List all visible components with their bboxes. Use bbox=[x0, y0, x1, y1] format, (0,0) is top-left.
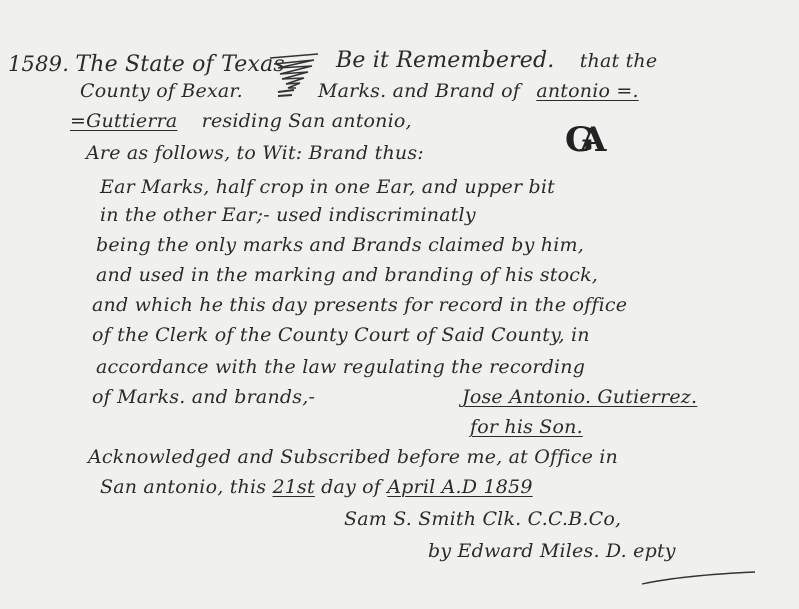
record-number: 1589. bbox=[8, 52, 69, 76]
ack-day-of: day of bbox=[321, 476, 381, 498]
body-line-3: being the only marks and Brands claimed … bbox=[96, 234, 584, 256]
record-header-line-1: 1589. The State of Texas bbox=[8, 52, 285, 77]
ack-day: 21st bbox=[272, 476, 314, 498]
body-line-1: Ear Marks, half crop in one Ear, and upp… bbox=[100, 176, 555, 198]
residence-line: =Guttierra residing San antonio, bbox=[70, 110, 412, 132]
owner-first-name: antonio =. bbox=[536, 80, 638, 102]
marks-and-brand-text: Marks. and Brand of bbox=[318, 80, 520, 102]
ack-location: San antonio, this bbox=[100, 476, 266, 498]
scribble-mark-icon bbox=[268, 48, 324, 104]
marks-and-brand-line: Marks. and Brand of antonio =. bbox=[318, 80, 639, 102]
signature-flourish-icon bbox=[640, 560, 760, 590]
brand-label-line: Are as follows, to Wit: Brand thus: bbox=[86, 142, 424, 164]
body-line-4: and used in the marking and branding of … bbox=[96, 264, 598, 286]
state-heading: The State of Texas bbox=[75, 52, 285, 77]
handwritten-record-page: 1589. The State of Texas Be it Remembere… bbox=[0, 0, 799, 609]
clerk-signature: Sam S. Smith Clk. C.C.B.Co, bbox=[344, 508, 621, 530]
acknowledgment-line-2: San antonio, this 21st day of April A.D … bbox=[100, 476, 533, 498]
body-line-7: accordance with the law regulating the r… bbox=[96, 356, 585, 378]
brand-label: Are as follows, to Wit: Brand thus: bbox=[86, 142, 424, 164]
ack-date: April A.D 1859 bbox=[387, 476, 532, 498]
residence-text: residing San antonio, bbox=[202, 110, 412, 132]
owner-last-name: =Guttierra bbox=[70, 110, 177, 132]
deputy-signature: by Edward Miles. D. epty bbox=[428, 540, 676, 562]
county-line: County of Bexar. bbox=[80, 80, 243, 102]
title-continuation: that the bbox=[580, 50, 658, 72]
be-it-remembered-heading: Be it Remembered. that the bbox=[336, 48, 657, 73]
title-text: Be it Remembered. bbox=[336, 48, 555, 73]
body-line-6: of the Clerk of the County Court of Said… bbox=[92, 324, 590, 346]
body-line-8: of Marks. and brands,- bbox=[92, 386, 315, 408]
brand-ga-icon: GA bbox=[565, 120, 592, 160]
acknowledgment-line-1: Acknowledged and Subscribed before me, a… bbox=[88, 446, 618, 468]
signature-name: Jose Antonio. Gutierrez. bbox=[462, 386, 697, 408]
body-line-5: and which he this day presents for recor… bbox=[92, 294, 627, 316]
signature-note: for his Son. bbox=[470, 416, 583, 438]
county-heading: County of Bexar. bbox=[80, 80, 243, 102]
body-line-2: in the other Ear;- used indiscriminatly bbox=[100, 204, 476, 226]
